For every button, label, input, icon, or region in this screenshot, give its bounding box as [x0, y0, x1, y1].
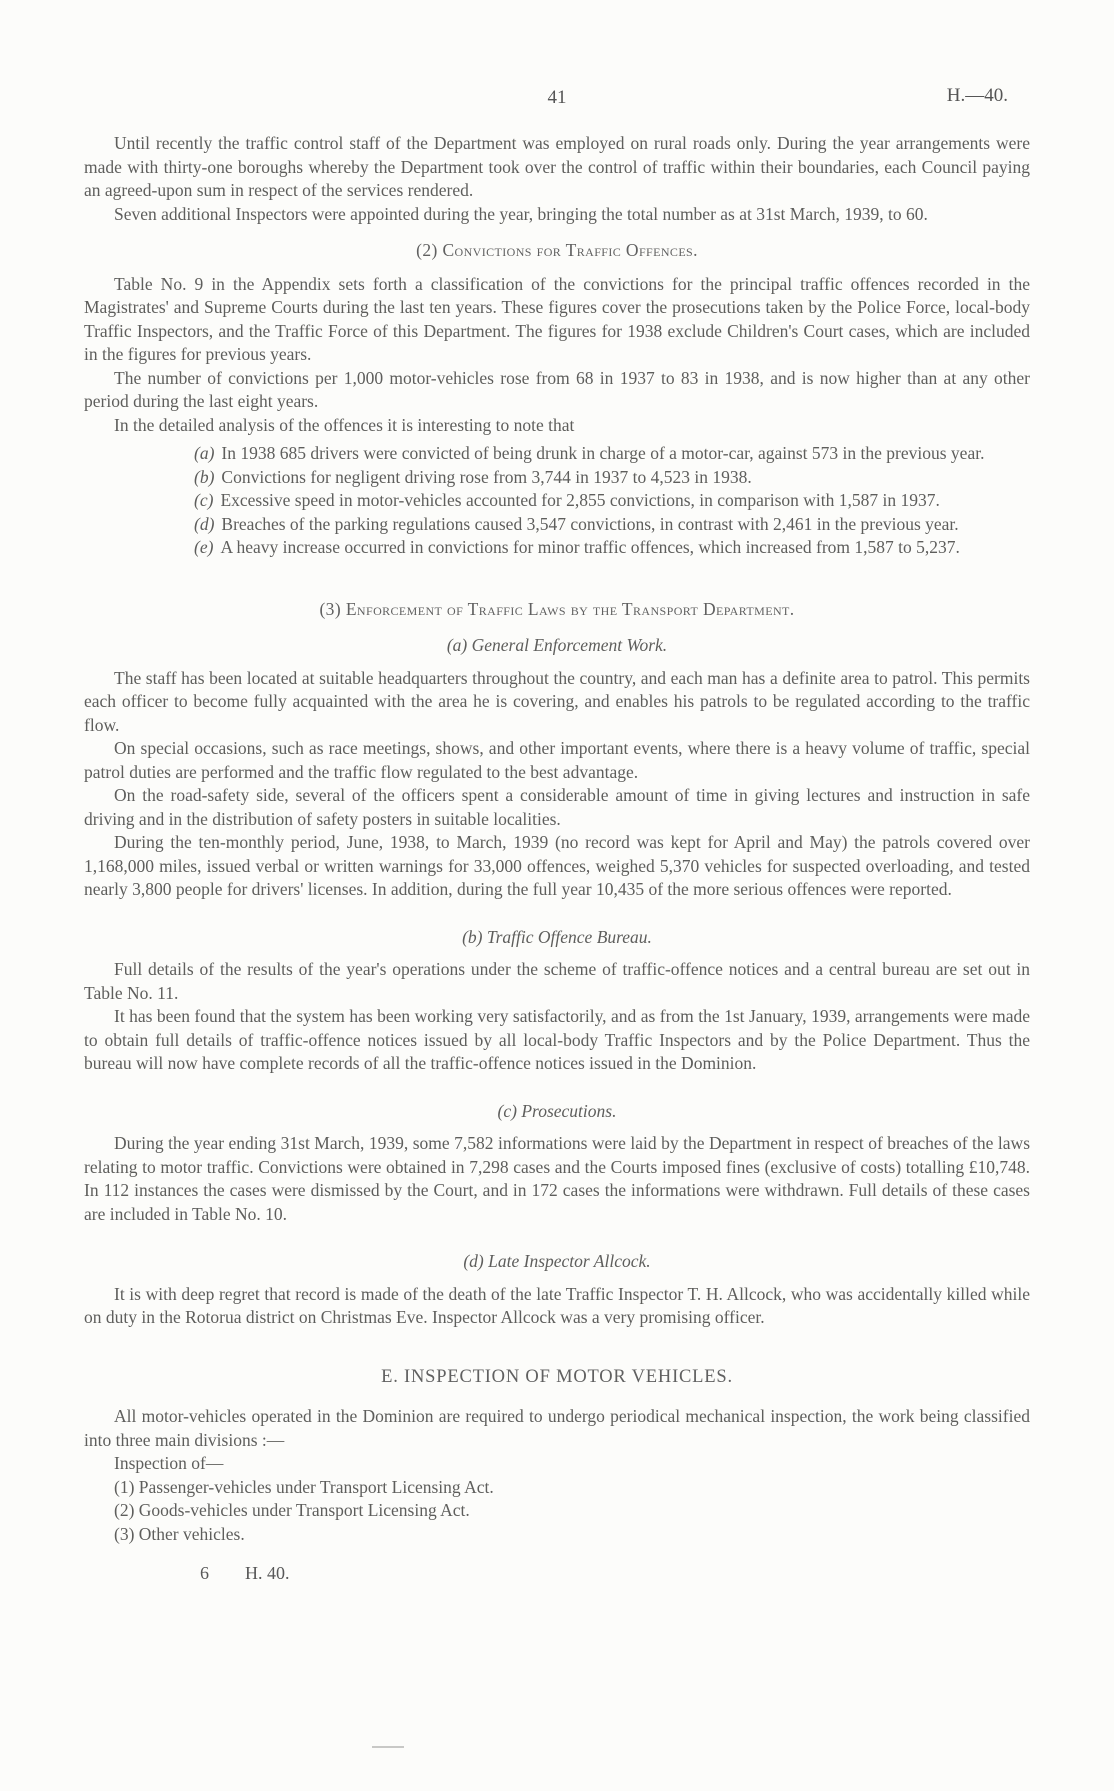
document-reference: H.—40.: [947, 84, 1008, 108]
list-item-label: (b): [194, 467, 214, 487]
paragraph-convictions-2: The number of convictions per 1,000 moto…: [84, 367, 1030, 414]
scan-artifact-mark: [372, 1746, 404, 1748]
page-header: 41 H.—40.: [84, 86, 1030, 112]
list-item-label: (e): [194, 537, 213, 557]
list-item: (c)Excessive speed in motor-vehicles acc…: [84, 489, 1030, 513]
list-item-text: Breaches of the parking regulations caus…: [221, 514, 958, 534]
list-item-label: (1): [114, 1477, 134, 1497]
list-item: (1) Passenger-vehicles under Transport L…: [84, 1476, 1030, 1500]
list-item-text: Passenger-vehicles under Transport Licen…: [139, 1477, 494, 1497]
list-item-label: (c): [194, 490, 213, 510]
paragraph-bureau-1: Full details of the results of the year'…: [84, 958, 1030, 1005]
list-item: (3) Other vehicles.: [84, 1523, 1030, 1547]
subheading-general-enforcement: (a) General Enforcement Work.: [84, 634, 1030, 658]
subheading-late-inspector-allcock: (d) Late Inspector Allcock.: [84, 1250, 1030, 1274]
inspection-list: (1) Passenger-vehicles under Transport L…: [84, 1476, 1030, 1547]
footer-document-reference: H. 40.: [245, 1563, 290, 1583]
list-item-label: (3): [114, 1524, 134, 1544]
paragraph-convictions-1: Table No. 9 in the Appendix sets forth a…: [84, 273, 1030, 367]
paragraph-inspection-1: All motor-vehicles operated in the Domin…: [84, 1405, 1030, 1452]
list-item: (d)Breaches of the parking regulations c…: [84, 513, 1030, 537]
list-item-label: (d): [194, 514, 214, 534]
convictions-list: (a)In 1938 685 drivers were convicted of…: [84, 442, 1030, 560]
paragraph-bureau-2: It has been found that the system has be…: [84, 1005, 1030, 1076]
inspection-list-intro: Inspection of—: [84, 1452, 1030, 1476]
paragraph-prosecutions-1: During the year ending 31st March, 1939,…: [84, 1132, 1030, 1226]
paragraph-intro-1: Until recently the traffic control staff…: [84, 132, 1030, 203]
list-item: (b)Convictions for negligent driving ros…: [84, 466, 1030, 490]
section-heading-convictions: (2) Convictions for Traffic Offences.: [84, 239, 1030, 263]
list-item: (2) Goods-vehicles under Transport Licen…: [84, 1499, 1030, 1523]
signature-line: 6H. 40.: [200, 1562, 1030, 1586]
paragraph-enforcement-a4: During the ten-monthly period, June, 193…: [84, 831, 1030, 902]
list-item-label: (a): [194, 443, 214, 463]
paragraph-enforcement-a1: The staff has been located at suitable h…: [84, 667, 1030, 738]
page-number: 41: [84, 86, 1030, 110]
subheading-traffic-offence-bureau: (b) Traffic Offence Bureau.: [84, 926, 1030, 950]
list-item-text: Other vehicles.: [139, 1524, 245, 1544]
paragraph-allcock-1: It is with deep regret that record is ma…: [84, 1283, 1030, 1330]
section-heading-enforcement: (3) Enforcement of Traffic Laws by the T…: [84, 598, 1030, 622]
paragraph-enforcement-a3: On the road-safety side, several of the …: [84, 784, 1030, 831]
paragraph-intro-2: Seven additional Inspectors were appoint…: [84, 203, 1030, 227]
paragraph-convictions-3: In the detailed analysis of the offences…: [84, 414, 1030, 438]
list-item: (e)A heavy increase occurred in convicti…: [84, 536, 1030, 560]
section-heading-inspection: E. INSPECTION OF MOTOR VEHICLES.: [84, 1366, 1030, 1390]
subheading-prosecutions: (c) Prosecutions.: [84, 1100, 1030, 1124]
list-item-label: (2): [114, 1500, 134, 1520]
list-item-text: Goods-vehicles under Transport Licensing…: [139, 1500, 470, 1520]
list-item-text: In 1938 685 drivers were convicted of be…: [221, 443, 984, 463]
list-item-text: Convictions for negligent driving rose f…: [221, 467, 751, 487]
list-item-text: Excessive speed in motor-vehicles accoun…: [220, 490, 939, 510]
list-item: (a)In 1938 685 drivers were convicted of…: [84, 442, 1030, 466]
list-item-text: A heavy increase occurred in convictions…: [220, 537, 959, 557]
document-page: 41 H.—40. Until recently the traffic con…: [0, 0, 1114, 1791]
paragraph-enforcement-a2: On special occasions, such as race meeti…: [84, 737, 1030, 784]
signature-number: 6: [200, 1563, 209, 1583]
